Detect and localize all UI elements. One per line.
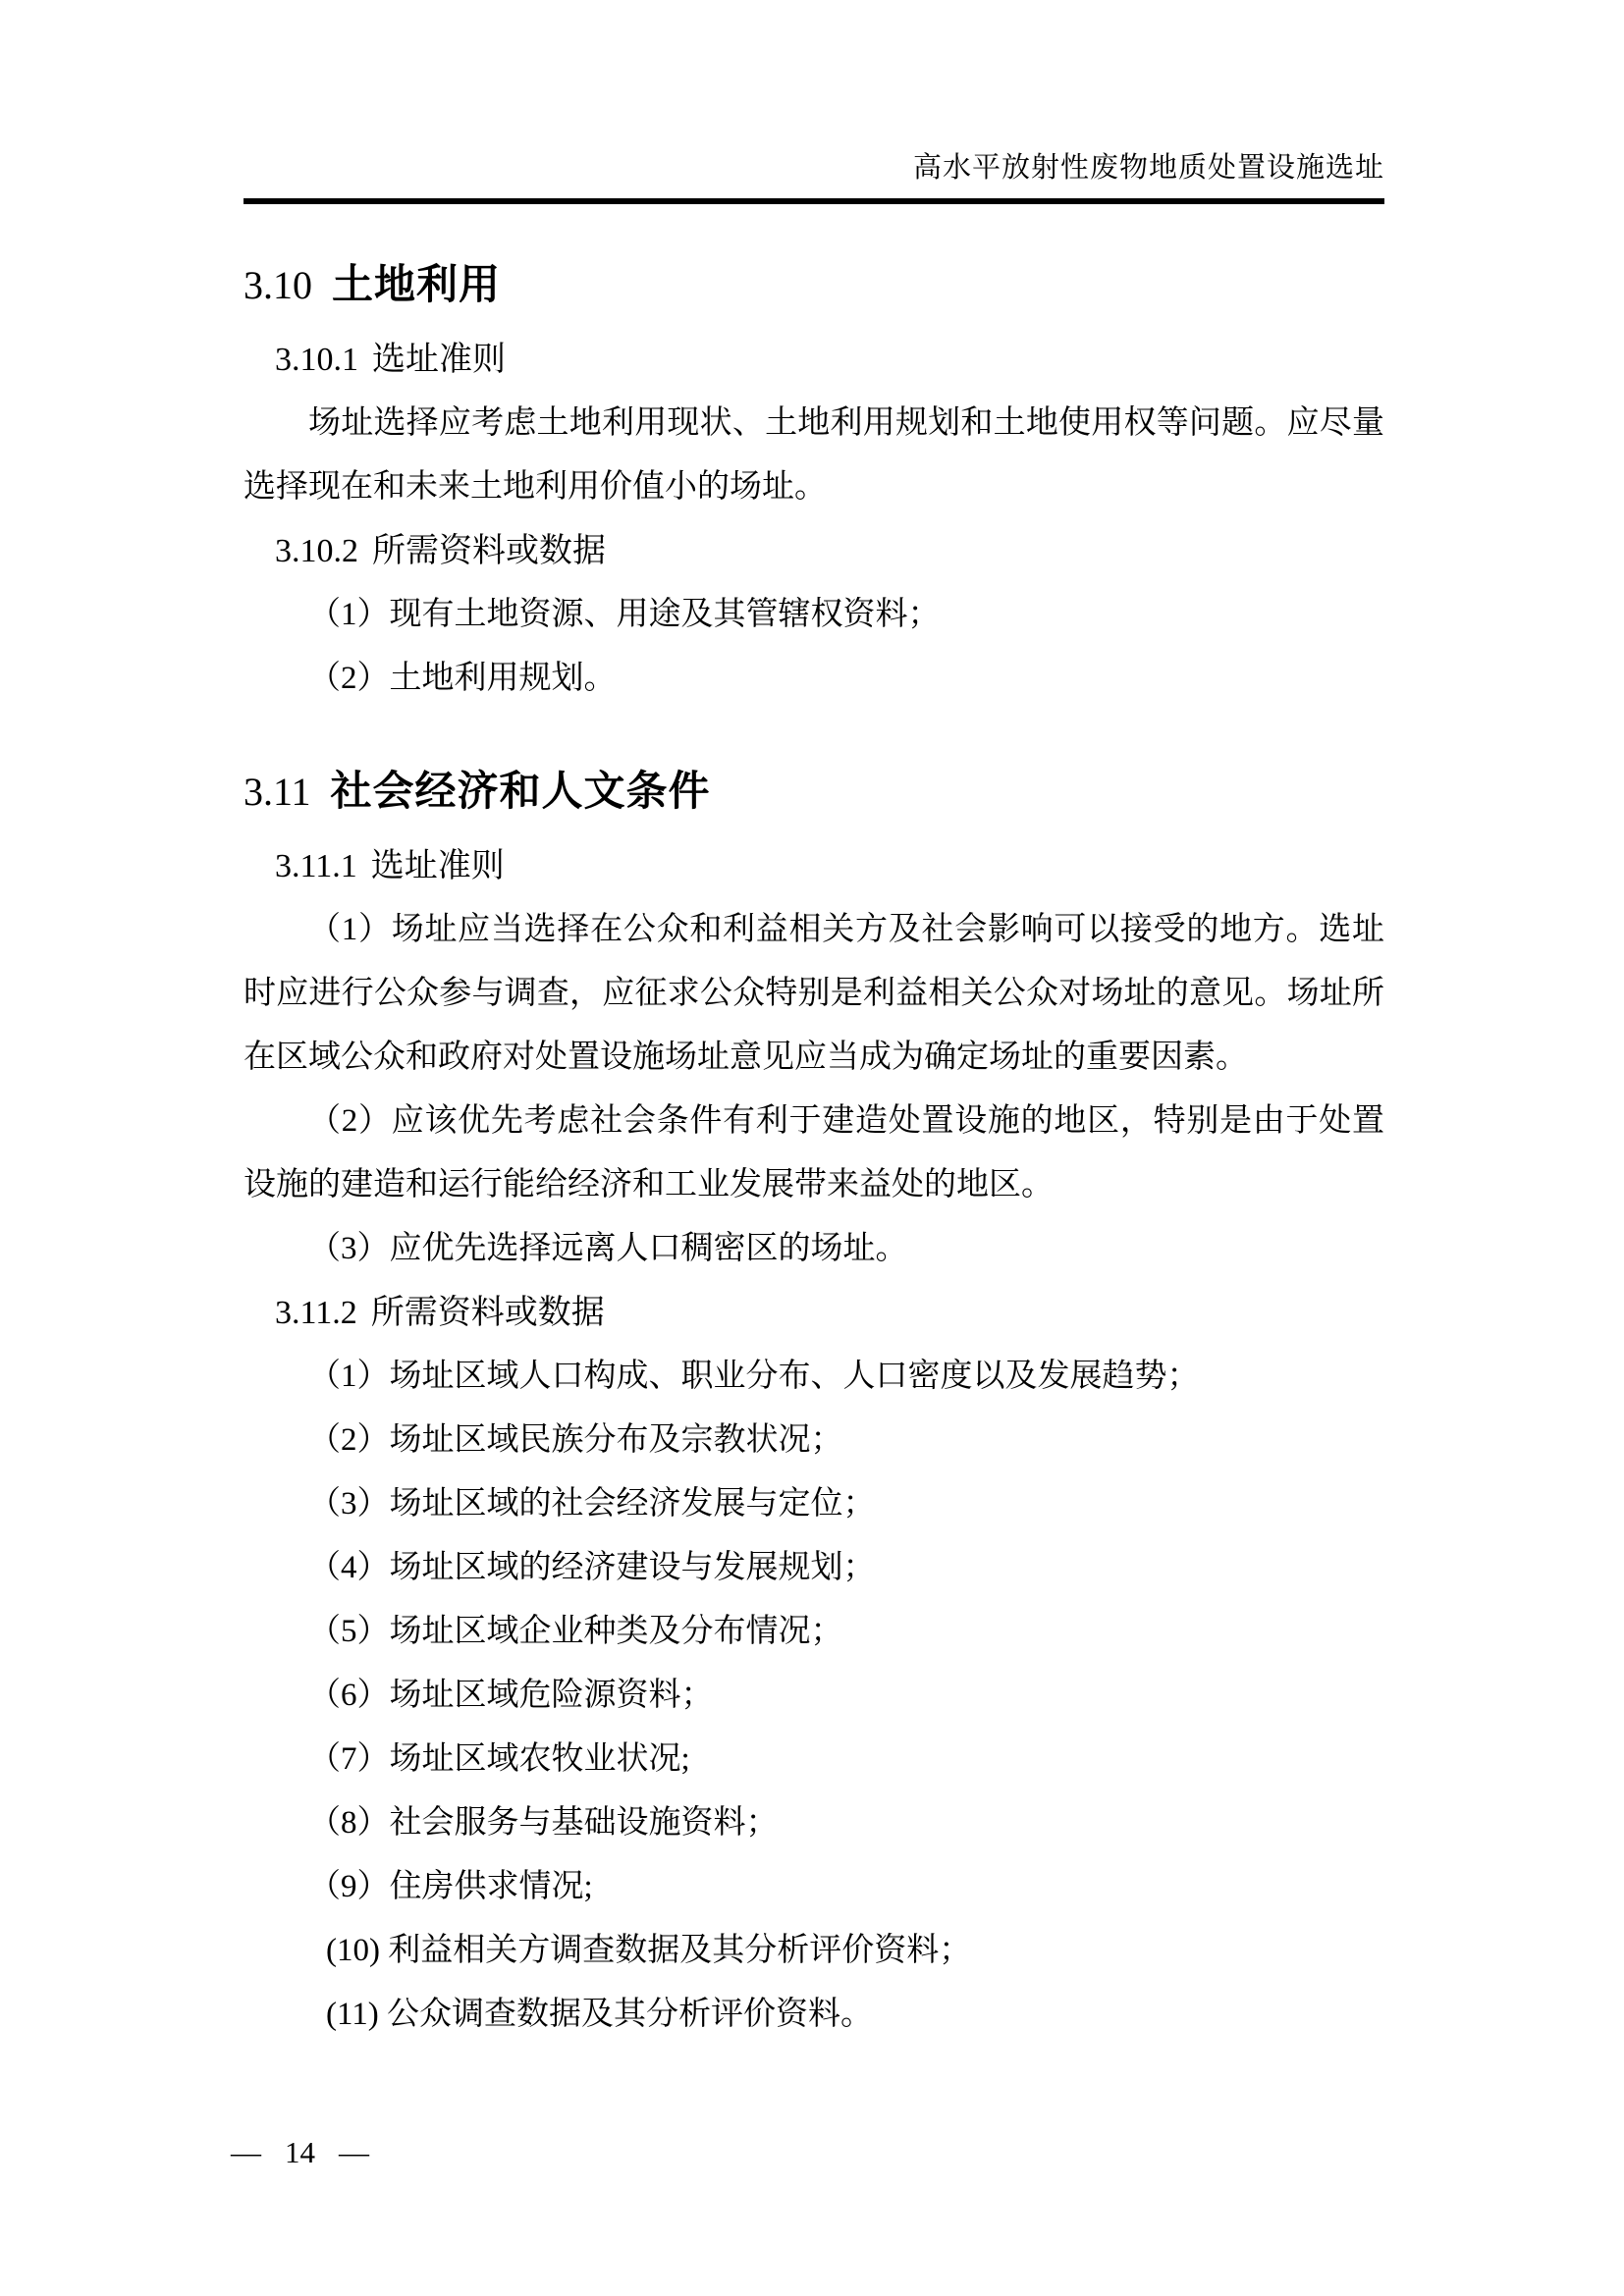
running-header-title: 高水平放射性废物地质处置设施选址 bbox=[244, 0, 1384, 187]
subsection-title: 所需资料或数据 bbox=[372, 533, 606, 569]
paragraph-line: （2）应该优先考虑社会条件有利于建造处置设施的地区，特别是由于处置 bbox=[244, 1090, 1384, 1153]
subsection-number: 3.11.1 bbox=[275, 848, 357, 884]
paragraph-line: 选择现在和未来土地利用价值小的场址。 bbox=[244, 455, 1384, 519]
list-item: （7）场址区域农牧业状况; bbox=[244, 1728, 1384, 1791]
paragraph-line: 时应进行公众参与调查，应征求公众特别是利益相关公众对场址的意见。场址所 bbox=[244, 962, 1384, 1026]
header-rule bbox=[244, 198, 1384, 204]
section-title: 土地利用 bbox=[332, 261, 501, 307]
list-item: （1）场址区域人口构成、职业分布、人口密度以及发展趋势； bbox=[244, 1345, 1384, 1409]
page-footer: — 14 — bbox=[231, 2135, 1384, 2170]
section-number: 3.11 bbox=[244, 770, 311, 814]
subsection-heading-3-11-1: 3.11.1选址准则 bbox=[244, 834, 1384, 898]
subsection-heading-3-10-2: 3.10.2所需资料或数据 bbox=[244, 519, 1384, 583]
list-item: （1）现有土地资源、用途及其管辖权资料； bbox=[244, 583, 1384, 647]
subsection-heading-3-10-1: 3.10.1选址准则 bbox=[244, 328, 1384, 392]
subsection-heading-3-11-2: 3.11.2所需资料或数据 bbox=[244, 1281, 1384, 1345]
section-number: 3.10 bbox=[244, 263, 312, 307]
subsection-title: 选址准则 bbox=[372, 342, 506, 378]
section-heading-3-11: 3.11社会经济和人文条件 bbox=[244, 767, 1384, 817]
subsection-number: 3.11.2 bbox=[275, 1295, 357, 1331]
section-heading-3-10: 3.10土地利用 bbox=[244, 260, 1384, 310]
document-page: 高水平放射性废物地质处置设施选址 3.10土地利用 3.10.1选址准则 场址选… bbox=[0, 0, 1624, 2296]
list-item: （6）场址区域危险源资料； bbox=[244, 1664, 1384, 1728]
page-number: 14 bbox=[285, 2135, 315, 2170]
list-item: （4）场址区域的经济建设与发展规划； bbox=[244, 1536, 1384, 1600]
list-item: （2）场址区域民族分布及宗教状况； bbox=[244, 1409, 1384, 1472]
list-item: （2）土地利用规划。 bbox=[244, 647, 1384, 711]
list-item: （9）住房供求情况; bbox=[244, 1855, 1384, 1919]
list-item: （5）场址区域企业种类及分布情况； bbox=[244, 1600, 1384, 1664]
list-item: （3）场址区域的社会经济发展与定位； bbox=[244, 1472, 1384, 1536]
list-item: (11) 公众调查数据及其分析评价资料。 bbox=[244, 1983, 1384, 2047]
subsection-title: 选址准则 bbox=[371, 848, 505, 884]
footer-left-dash: — bbox=[231, 2135, 261, 2170]
section-title: 社会经济和人文条件 bbox=[331, 768, 711, 814]
footer-right-dash: — bbox=[339, 2135, 369, 2170]
page-content: 高水平放射性废物地质处置设施选址 3.10土地利用 3.10.1选址准则 场址选… bbox=[0, 0, 1624, 2170]
subsection-number: 3.10.2 bbox=[275, 533, 358, 569]
subsection-title: 所需资料或数据 bbox=[371, 1295, 605, 1331]
paragraph-line: 在区域公众和政府对处置设施场址意见应当成为确定场址的重要因素。 bbox=[244, 1026, 1384, 1090]
paragraph-line: （1）场址应当选择在公众和利益相关方及社会影响可以接受的地方。选址 bbox=[244, 898, 1384, 962]
list-item: （8）社会服务与基础设施资料； bbox=[244, 1791, 1384, 1855]
paragraph-line: 场址选择应考虑土地利用现状、土地利用规划和土地使用权等问题。应尽量 bbox=[244, 392, 1384, 455]
subsection-number: 3.10.1 bbox=[275, 342, 358, 378]
list-item: (10) 利益相关方调查数据及其分析评价资料； bbox=[244, 1919, 1384, 1983]
paragraph-line: （3）应优先选择远离人口稠密区的场址。 bbox=[244, 1217, 1384, 1281]
paragraph-line: 设施的建造和运行能给经济和工业发展带来益处的地区。 bbox=[244, 1153, 1384, 1217]
